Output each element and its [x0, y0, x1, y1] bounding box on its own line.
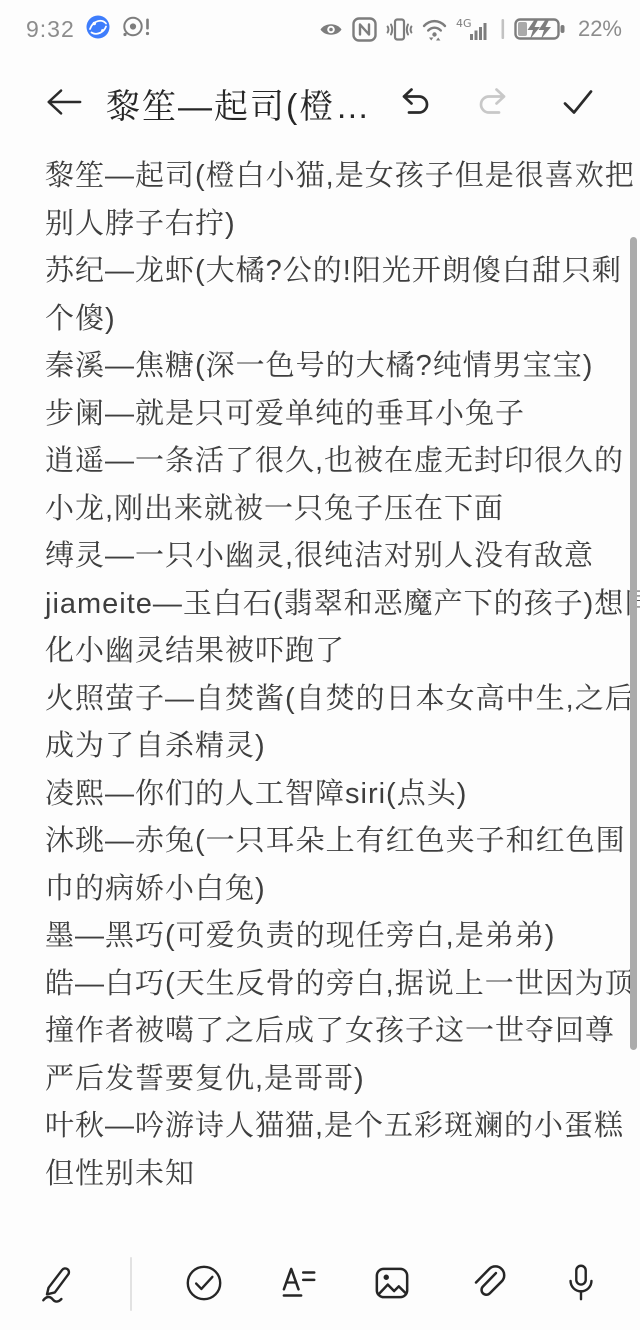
image-icon [369, 1260, 415, 1309]
text-line: 火照萤子—自焚酱(自焚的日本女高中生,之后 [45, 676, 602, 724]
text-line: 步阑—就是只可爱单纯的垂耳小兔子 [45, 391, 602, 439]
text-line: jiameite—玉白石(翡翠和恶魔产下的孩子)想同 [45, 581, 602, 629]
status-bar: 9:32 [0, 0, 640, 58]
text-line: 皓—白巧(天生反骨的旁白,据说上一世因为顶 [45, 961, 602, 1009]
text-line: 巾的病娇小白兔) [45, 866, 602, 914]
text-line: 个傻) [45, 296, 602, 344]
circled-dot-alert-icon [121, 14, 153, 45]
text-line: 黎笙—起司(橙白小猫,是女孩子但是很喜欢把 [45, 153, 602, 201]
insert-image-button[interactable] [369, 1261, 415, 1307]
stylus-pen-icon [36, 1260, 82, 1309]
toolbar-divider [130, 1257, 132, 1311]
redo-icon [476, 84, 514, 123]
text-line: 逍遥—一条活了很久,也被在虚无封印很久的 [45, 438, 602, 486]
notes-app-screen: 9:32 [0, 0, 640, 1330]
text-line: 成为了自杀精灵) [45, 723, 602, 771]
redo-button[interactable] [476, 84, 514, 123]
text-line: 别人脖子右拧) [45, 201, 602, 249]
undo-icon [394, 84, 432, 123]
text-line: 沐珧—赤兔(一只耳朵上有红色夹子和红色围 [45, 818, 602, 866]
signal-bars-4g: 4G [456, 16, 492, 42]
text-line: 化小幽灵结果被吓跑了 [45, 628, 602, 676]
check-icon [558, 84, 598, 123]
text-format-button[interactable] [275, 1261, 321, 1307]
note-editor[interactable]: 黎笙—起司(橙白小猫,是女孩子但是很喜欢把别人脖子右拧)苏纪—龙虾(大橘?公的!… [45, 153, 602, 1198]
check-circle-icon [181, 1260, 227, 1309]
sim2-signal-bar [501, 17, 505, 41]
note-title: 黎笙—起司(橙… [106, 79, 371, 128]
clock-time: 9:32 [26, 16, 75, 43]
battery-charging-icon [514, 16, 567, 42]
wifi-icon [422, 17, 447, 41]
back-button[interactable] [42, 82, 84, 125]
handwriting-button[interactable] [36, 1261, 82, 1307]
text-line: 缚灵—一只小幽灵,很纯洁对别人没有敌意 [45, 533, 602, 581]
text-line: 秦溪—焦糖(深一色号的大橘?纯情男宝宝) [45, 343, 602, 391]
text-line: 撞作者被噶了之后成了女孩子这一世夺回尊 [45, 1008, 602, 1056]
svg-text:4G: 4G [456, 17, 472, 30]
text-line: 凌熙—你们的人工智障siri(点头) [45, 771, 602, 819]
confirm-button[interactable] [558, 84, 598, 123]
paperclip-icon [464, 1260, 510, 1309]
text-line: 苏纪—龙虾(大橘?公的!阳光开朗傻白甜只剩 [45, 248, 602, 296]
microphone-icon [558, 1260, 604, 1309]
nfc-icon [352, 17, 377, 42]
text-line: 叶秋—吟游诗人猫猫,是个五彩斑斓的小蛋糕 [45, 1103, 602, 1151]
back-arrow-icon [42, 82, 84, 125]
text-line: 严后发誓要复仇,是哥哥) [45, 1056, 602, 1104]
scrollbar[interactable] [630, 237, 637, 1050]
undo-button[interactable] [394, 84, 432, 123]
voice-record-button[interactable] [558, 1261, 604, 1307]
text-format-icon [275, 1260, 321, 1309]
bottom-toolbar [0, 1238, 640, 1330]
text-line: 但性别未知 [45, 1151, 602, 1199]
attachment-button[interactable] [464, 1261, 510, 1307]
eye-comfort-icon [319, 21, 343, 38]
battery-percent: 22% [578, 16, 622, 42]
note-toolbar: 黎笙—起司(橙… [0, 74, 640, 132]
globe-app-icon [85, 14, 111, 45]
todo-checklist-button[interactable] [181, 1261, 227, 1307]
text-line: 小龙,刚出来就被一只兔子压在下面 [45, 486, 602, 534]
vibrate-icon [386, 17, 413, 42]
text-line: 墨—黑巧(可爱负责的现任旁白,是弟弟) [45, 913, 602, 961]
